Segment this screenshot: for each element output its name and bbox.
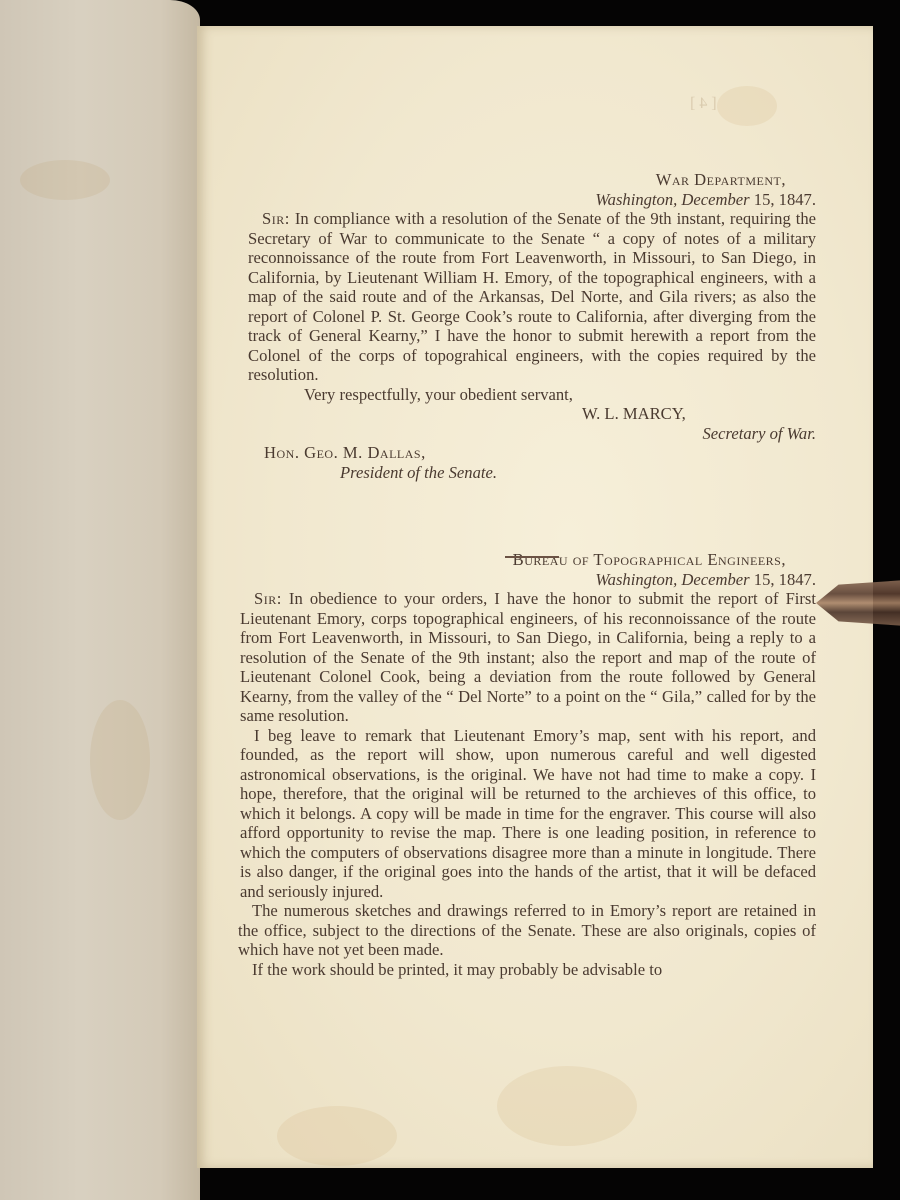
letter2-paragraph-3: The numerous sketches and drawings refer… [238, 901, 816, 960]
letter1-heading-org: War Department, [248, 170, 816, 190]
letter1-addressee: Hon. Geo. M. Dallas, [248, 443, 816, 463]
letter1-body-text: In compliance with a resolution of the S… [248, 209, 816, 384]
letter1-body: Sir: In compliance with a resolution of … [248, 209, 816, 385]
letter1-addressee-title: President of the Senate. [248, 463, 816, 483]
section-divider-rule [505, 556, 559, 558]
stain [90, 700, 150, 820]
letter2-heading-date: Washington, December 15, 1847. [248, 570, 816, 590]
page-text: War Department, Washington, December 15,… [248, 170, 816, 979]
letter2-paragraph-4: If the work should be printed, it may pr… [238, 960, 816, 980]
letter1-place-date: Washington, December [595, 190, 749, 209]
stain [497, 1066, 637, 1146]
letter2-salutation: Sir: [254, 589, 282, 608]
letter2-place-date: Washington, December [595, 570, 749, 589]
bleed-through-page-number: [ 4 ] [690, 95, 717, 113]
spacer [248, 482, 816, 550]
letter1-heading-date: Washington, December 15, 1847. [248, 190, 816, 210]
letter2-date: 15, 1847. [750, 570, 816, 589]
letter2-paragraph-1: Sir: In obedience to your orders, I have… [240, 589, 816, 726]
stain [20, 160, 110, 200]
letter1-signature-title: Secretary of War. [248, 424, 816, 444]
letter1-signature: W. L. MARCY, [248, 404, 816, 424]
stain [717, 86, 777, 126]
letter2-paragraph-2: I beg leave to remark that Lieutenant Em… [240, 726, 816, 902]
stain [277, 1106, 397, 1166]
letter1-date: 15, 1847. [750, 190, 816, 209]
letter1-closing: Very respectfully, your obedient servant… [248, 385, 816, 405]
letter2-paragraph-1-text: In obedience to your orders, I have the … [240, 589, 816, 725]
left-page-cover [0, 0, 200, 1200]
letter2-heading-org: Bureau of Topographical Engineers, [248, 550, 816, 570]
letter-bureau-topographical-engineers: Bureau of Topographical Engineers, Washi… [248, 550, 816, 979]
letter1-salutation: Sir: [262, 209, 290, 228]
letter-war-department: War Department, Washington, December 15,… [248, 170, 816, 482]
